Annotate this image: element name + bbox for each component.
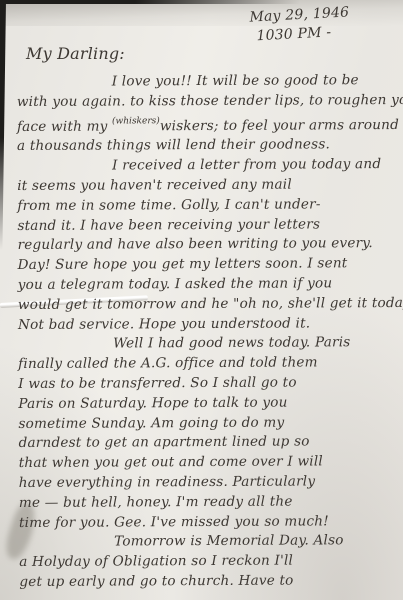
letter-line: Well I had good news today. Paris <box>18 333 399 355</box>
scanned-letter-page: May 29, 1946 1030 PM - My Darling: I lov… <box>0 0 403 600</box>
letter-line: a Holyday of Obligation so I reckon I'll <box>19 551 400 573</box>
letter-line: Not bad service. Hope you understood it. <box>18 314 399 336</box>
letter-line: me — but hell, honey. I'm ready all the <box>19 492 400 514</box>
letter-line: a thousands things will lend their goodn… <box>17 135 398 157</box>
letter-line: face with my (whiskers)wiskers; to feel … <box>17 111 398 138</box>
letter-line: Day! Sure hope you get my letters soon. … <box>18 254 399 276</box>
letter-line: Tomorrow is Memorial Day. Also <box>19 531 400 553</box>
letter-line: that when you get out and come over I wi… <box>19 452 400 474</box>
letter-line: you a telegram today. I asked the man if… <box>18 274 399 296</box>
inserted-word-annotation: (whiskers) <box>112 116 160 126</box>
letter-line: I love you!! It will be so good to be <box>17 71 398 93</box>
letter-line: get up early and go to church. Have to <box>19 571 400 593</box>
scan-edge-top <box>0 0 300 4</box>
letter-line: it seems you haven't received any mail <box>17 175 398 197</box>
letter-line: finally called the A.G. office and told … <box>18 353 399 375</box>
date-block: May 29, 1946 1030 PM - <box>249 3 351 46</box>
letter-paper: May 29, 1946 1030 PM - My Darling: I lov… <box>0 0 403 600</box>
letter-line: regularly and have also been writing to … <box>17 234 398 256</box>
letter-line: with you again. to kiss those tender lip… <box>17 91 398 113</box>
letter-line: from me in some time. Golly, I can't und… <box>17 195 398 217</box>
letter-line: have everything in readiness. Particular… <box>19 472 400 494</box>
letter-line: darndest to get an apartment lined up so <box>19 432 400 454</box>
letter-line: Paris on Saturday. Hope to talk to you <box>18 393 399 415</box>
letter-line: sometime Sunday. Am going to do my <box>18 413 399 435</box>
letter-line: would get it tomorrow and he "oh no, she… <box>18 294 399 316</box>
letter-body: I love you!! It will be so good to bewit… <box>17 71 401 593</box>
salutation: My Darling: <box>26 44 125 63</box>
letter-line: time for you. Gee. I've missed you so mu… <box>19 512 400 534</box>
letter-time: 1030 PM - <box>250 22 351 46</box>
letter-line: I received a letter from you today and <box>17 155 398 177</box>
letter-line: stand it. I have been receiving your let… <box>17 215 398 237</box>
letter-line: I was to be transferred. So I shall go t… <box>18 373 399 395</box>
